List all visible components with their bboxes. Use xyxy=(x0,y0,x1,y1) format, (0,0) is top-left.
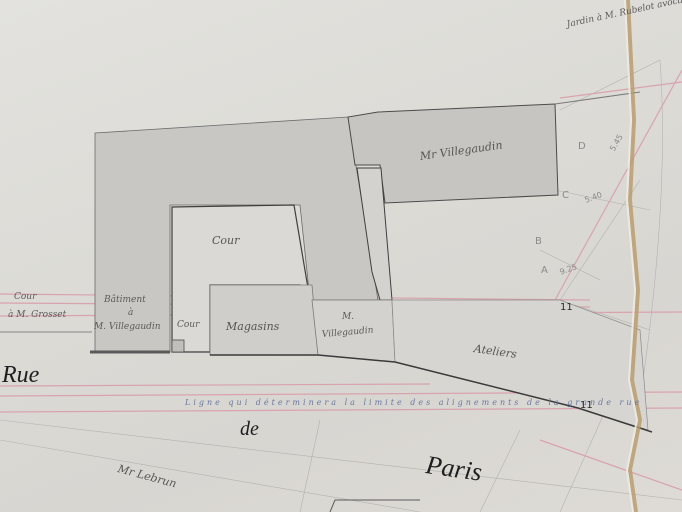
label-magasins: Magasins xyxy=(226,320,279,333)
label-batiment-villegaudin: M. Villegaudin xyxy=(94,322,161,332)
label-cour-left: Cour xyxy=(14,292,36,302)
label-batiment: Bâtiment xyxy=(104,295,146,305)
survey-mark-4: 11 xyxy=(560,302,573,313)
street-label-de: de xyxy=(240,418,259,441)
survey-point-b: B xyxy=(535,236,542,247)
survey-point-d: D xyxy=(578,141,586,152)
label-cour-small: Cour xyxy=(177,320,199,330)
street-label-rue: Rue xyxy=(2,362,39,389)
label-grosset: à M. Grosset xyxy=(8,310,66,320)
label-cour-center: Cour xyxy=(212,234,239,247)
survey-point-c: C xyxy=(562,190,569,201)
label-villegaudin-bottom-m: M. xyxy=(342,312,354,322)
label-alignment-note: Ligne qui déterminera la limite des alig… xyxy=(185,398,642,407)
map-drawing xyxy=(0,0,682,512)
cadastral-map: Jardin à M. Rubelot avocat Mr Villegaudi… xyxy=(0,0,682,512)
survey-point-a: A xyxy=(541,265,548,276)
label-batiment-a: à xyxy=(128,308,133,318)
survey-mark-5: 11 xyxy=(580,400,593,411)
